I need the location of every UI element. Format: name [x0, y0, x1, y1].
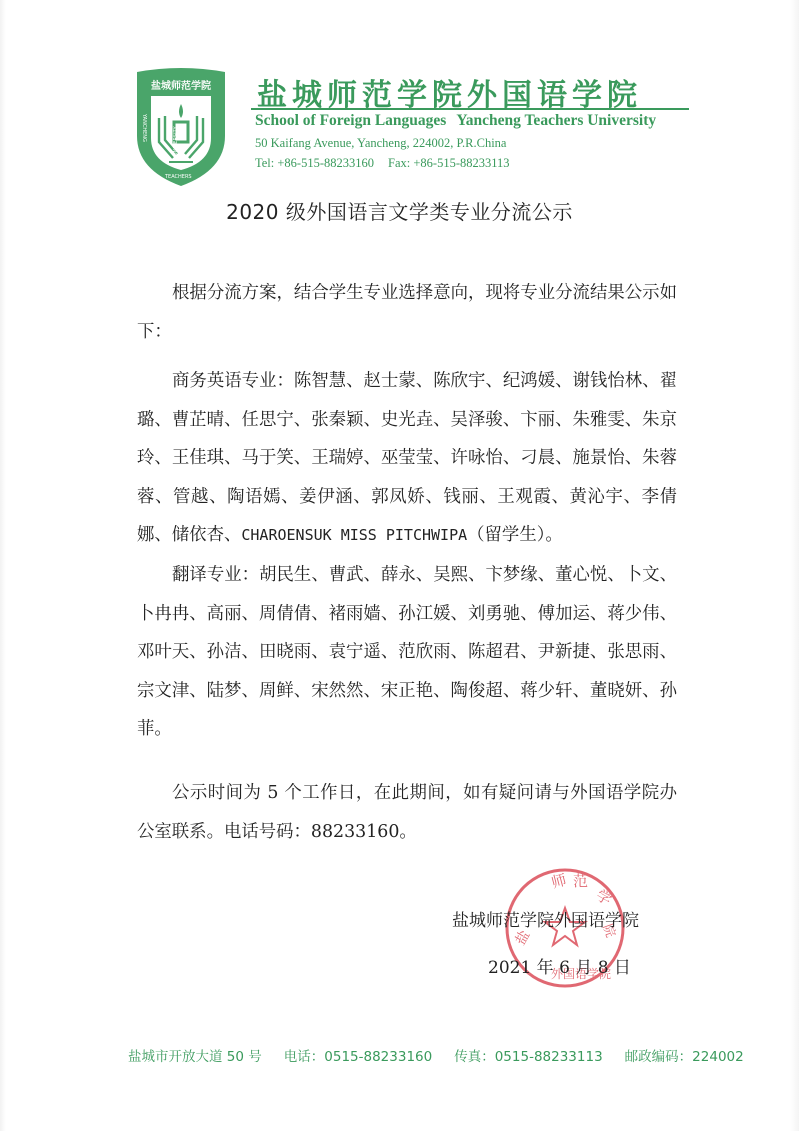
footer-phone: 电话：0515-88233160: [284, 1049, 432, 1065]
notice-paragraph: 公示时间为 5 个工作日，在此期间，如有疑问请与外国语学院办公室联系。电话号码：…: [137, 774, 677, 851]
letterhead-tel: Tel: +86-515-88233160: [255, 156, 374, 170]
intro-text: 根据分流方案，结合学生专业选择意向，现将专业分流结果公示如下：: [137, 274, 677, 351]
international-student-note: （留学生）。: [467, 525, 563, 545]
signature-date: 2021 年 6 月 8 日: [488, 953, 631, 978]
business-english-names: 陈智慧、赵士蒙、陈欣宇、纪鸿媛、谢钱怡林、翟璐、曹芷晴、任思宁、张秦颖、史光垚、…: [137, 371, 677, 545]
letterhead-fax: Fax: +86-515-88233113: [388, 156, 510, 170]
signature-organization: 盐城师范学院外国语学院: [452, 906, 639, 931]
letterhead-address: 50 Kaifang Avenue, Yancheng, 224002, P.R…: [255, 136, 506, 151]
international-student-name: CHAROENSUK MISS PITCHWIPA: [241, 526, 467, 544]
svg-text:范: 范: [573, 872, 588, 890]
svg-text:TEACHERS: TEACHERS: [164, 174, 192, 180]
letterhead-english-name: School of Foreign LanguagesYancheng Teac…: [255, 112, 656, 130]
intro-paragraph: 根据分流方案，结合学生专业选择意向，现将专业分流结果公示如下：: [137, 274, 677, 351]
svg-text:师: 师: [549, 871, 568, 892]
school-name: School of Foreign Languages: [255, 112, 446, 129]
translation-paragraph: 翻译专业：胡民生、曹武、薛永、吴熙、卞梦缘、董心悦、卜文、卜冉冉、高丽、周倩倩、…: [137, 556, 677, 749]
translation-names: 胡民生、曹武、薛永、吴熙、卞梦缘、董心悦、卜文、卜冉冉、高丽、周倩倩、褚雨嫱、孙…: [137, 565, 677, 739]
university-name: Yancheng Teachers University: [456, 112, 656, 129]
footer-address: 盐城市开放大道 50 号: [128, 1049, 262, 1065]
letterhead-contact: Tel: +86-515-88233160Fax: +86-515-882331…: [255, 156, 510, 171]
translation-label: 翻译专业：: [172, 565, 259, 585]
footer-fax: 传真：0515-88233113: [454, 1049, 602, 1065]
business-english-paragraph: 商务英语专业：陈智慧、赵士蒙、陈欣宇、纪鸿媛、谢钱怡林、翟璐、曹芷晴、任思宁、张…: [137, 362, 677, 555]
footer-postcode: 邮政编码：224002: [625, 1049, 744, 1065]
svg-text:YANCHENG: YANCHENG: [141, 113, 147, 142]
document-title: 2020 级外国语言文学类专业分流公示: [0, 196, 799, 225]
letterhead: 盐城师范学院 YANCHENG TEACHERS UNIVERSITY 盐城师范…: [133, 66, 693, 191]
svg-text:盐城师范学院: 盐城师范学院: [151, 79, 211, 92]
svg-text:UNIVERSITY: UNIVERSITY: [173, 125, 179, 156]
notice-text: 公示时间为 5 个工作日，在此期间，如有疑问请与外国语学院办公室联系。电话号码：…: [137, 774, 677, 851]
letterhead-footer: 盐城市开放大道 50 号电话：0515-88233160传真：0515-8823…: [128, 1045, 768, 1065]
university-logo-icon: 盐城师范学院 YANCHENG TEACHERS UNIVERSITY: [133, 66, 229, 188]
business-english-label: 商务英语专业：: [172, 371, 294, 391]
letterhead-divider: [251, 108, 689, 110]
